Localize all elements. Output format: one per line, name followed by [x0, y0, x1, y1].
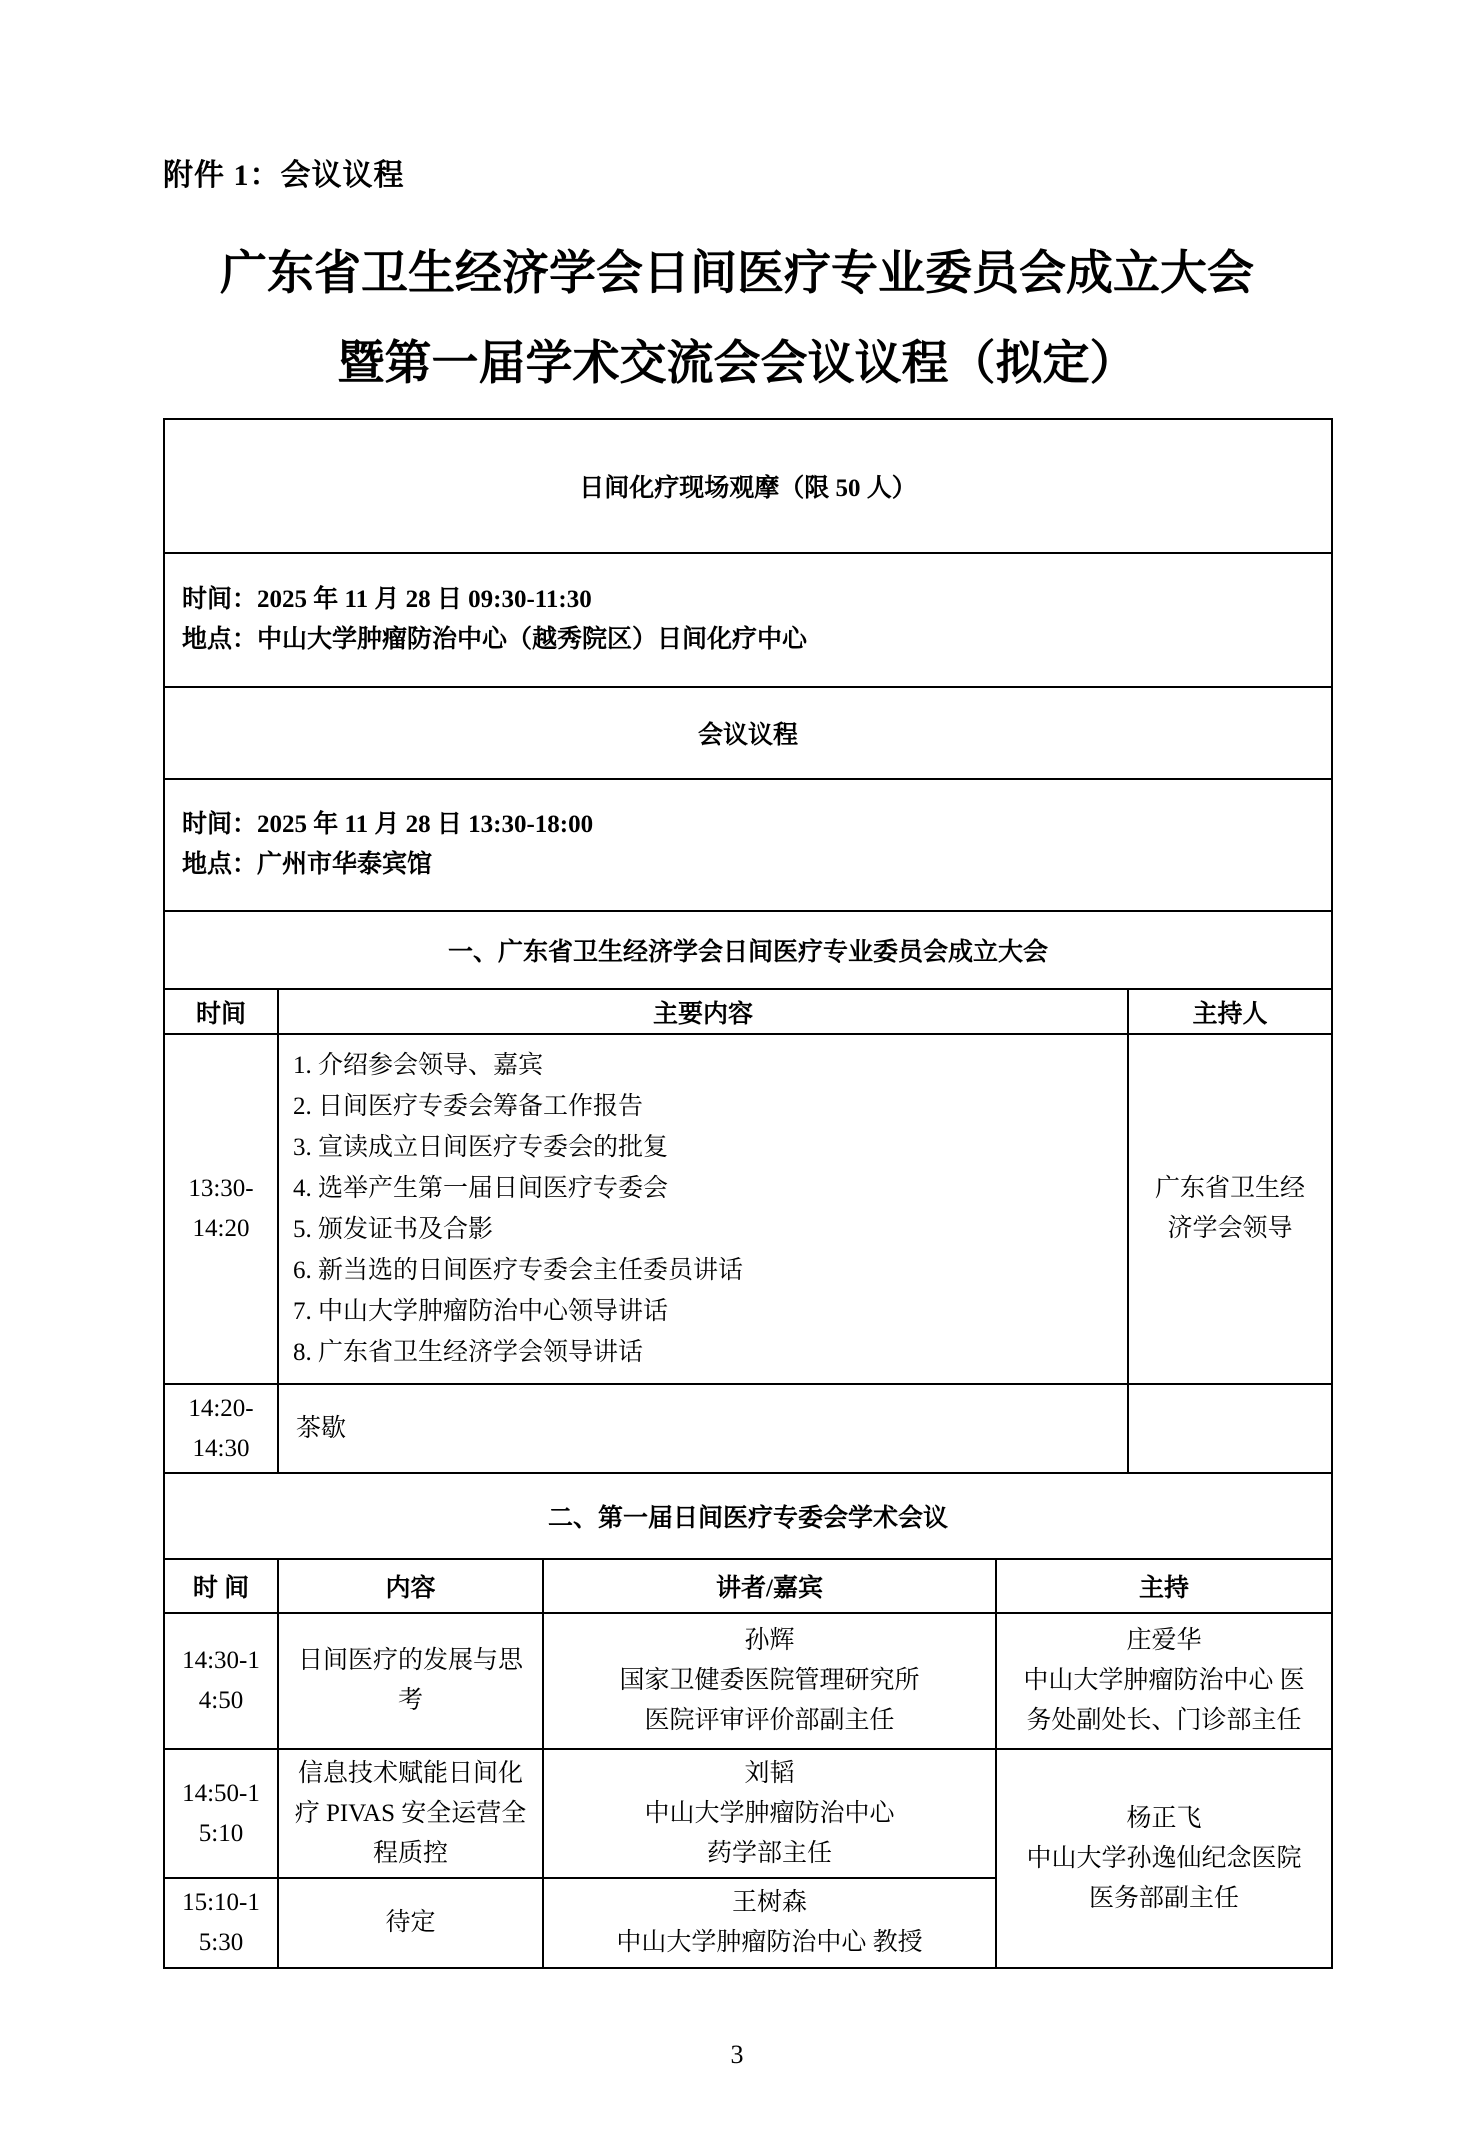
meeting-info-cell: 时间：2025 年 11 月 28 日 13:30-18:00 地点：广州市华泰…	[165, 780, 1331, 910]
founding-row: 13:30- 14:20 1. 介绍参会领导、嘉宾 2. 日间医疗专委会筹备工作…	[165, 1035, 1331, 1385]
attachment-label: 附件 1：会议议程	[163, 150, 405, 194]
talk1-speaker: 孙辉 国家卫健委医院管理研究所 医院评审评价部副主任	[619, 1621, 919, 1741]
section1-header-host: 主持人	[1129, 990, 1331, 1033]
section1-header-row: 时间 主要内容 主持人	[165, 990, 1331, 1035]
tea-break-host-cell	[1129, 1385, 1331, 1472]
observation-title-row: 日间化疗现场观摩（限 50 人）	[165, 420, 1331, 554]
talk2-time-cell: 14:50-1 5:10	[165, 1750, 279, 1877]
tea-break-label: 茶歇	[279, 1409, 346, 1449]
talk2-talk3-left: 14:50-1 5:10 信息技术赋能日间化 疗 PIVAS 安全运营全 程质控…	[165, 1750, 997, 1967]
talk3-time: 15:10-1 5:30	[182, 1883, 260, 1963]
talk2-speaker-cell: 刘韬 中山大学肿瘤防治中心 药学部主任	[544, 1750, 997, 1877]
talk2-topic-cell: 信息技术赋能日间化 疗 PIVAS 安全运营全 程质控	[279, 1750, 544, 1877]
founding-time-cell: 13:30- 14:20	[165, 1035, 279, 1383]
talk1-time: 14:30-1 4:50	[182, 1641, 260, 1721]
meeting-info-row: 时间：2025 年 11 月 28 日 13:30-18:00 地点：广州市华泰…	[165, 780, 1331, 912]
tea-break-time: 14:20- 14:30	[188, 1389, 253, 1469]
talk3-topic: 待定	[385, 1903, 435, 1943]
section2-header-host: 主持	[997, 1560, 1331, 1612]
talk2-topic: 信息技术赋能日间化 疗 PIVAS 安全运营全 程质控	[295, 1754, 527, 1874]
section1-heading: 一、广东省卫生经济学会日间医疗专业委员会成立大会	[165, 912, 1331, 988]
section2-heading-row: 二、第一届日间医疗专委会学术会议	[165, 1474, 1331, 1560]
talk3-row: 15:10-1 5:30 待定 王树森 中山大学肿瘤防治中心 教授	[165, 1879, 997, 1967]
talk3-time-cell: 15:10-1 5:30	[165, 1879, 279, 1967]
talk1-host-cell: 庄爱华 中山大学肿瘤防治中心 医 务处副处长、门诊部主任	[997, 1614, 1331, 1748]
talk1-speaker-cell: 孙辉 国家卫健委医院管理研究所 医院评审评价部副主任	[544, 1614, 997, 1748]
talk1-time-cell: 14:30-1 4:50	[165, 1614, 279, 1748]
document-title-line1: 广东省卫生经济学会日间医疗专业委员会成立大会	[0, 236, 1474, 303]
observation-info: 时间：2025 年 11 月 28 日 09:30-11:30 地点：中山大学肿…	[182, 580, 807, 660]
talk3-speaker: 王树森 中山大学肿瘤防治中心 教授	[616, 1883, 922, 1963]
meeting-info: 时间：2025 年 11 月 28 日 13:30-18:00 地点：广州市华泰…	[182, 805, 593, 885]
section2-heading: 二、第一届日间医疗专委会学术会议	[165, 1474, 1331, 1558]
section2-header-speaker: 讲者/嘉宾	[544, 1560, 997, 1612]
meeting-title: 会议议程	[165, 688, 1331, 778]
observation-info-row: 时间：2025 年 11 月 28 日 09:30-11:30 地点：中山大学肿…	[165, 554, 1331, 688]
agenda-table: 日间化疗现场观摩（限 50 人） 时间：2025 年 11 月 28 日 09:…	[163, 418, 1333, 1969]
talk2-talk3-rows: 14:50-1 5:10 信息技术赋能日间化 疗 PIVAS 安全运营全 程质控…	[165, 1750, 1331, 1967]
founding-content-cell: 1. 介绍参会领导、嘉宾 2. 日间医疗专委会筹备工作报告 3. 宣读成立日间医…	[279, 1035, 1129, 1383]
section1-header-time: 时间	[165, 990, 279, 1033]
tea-break-content-cell: 茶歇	[279, 1385, 1129, 1472]
talk2-time: 14:50-1 5:10	[182, 1774, 260, 1854]
founding-items: 1. 介绍参会领导、嘉宾 2. 日间医疗专委会筹备工作报告 3. 宣读成立日间医…	[279, 1045, 743, 1373]
observation-title: 日间化疗现场观摩（限 50 人）	[165, 420, 1331, 552]
document-title-line2: 暨第一届学术交流会会议议程（拟定）	[0, 326, 1474, 393]
talk2-talk3-host: 杨正飞 中山大学孙逸仙纪念医院 医务部副主任	[1026, 1799, 1301, 1919]
talk1-host: 庄爱华 中山大学肿瘤防治中心 医 务处副处长、门诊部主任	[1023, 1621, 1304, 1741]
meeting-title-row: 会议议程	[165, 688, 1331, 780]
tea-break-time-cell: 14:20- 14:30	[165, 1385, 279, 1472]
founding-host: 广东省卫生经 济学会领导	[1155, 1169, 1305, 1249]
talk2-talk3-host-cell: 杨正飞 中山大学孙逸仙纪念医院 医务部副主任	[997, 1750, 1331, 1967]
section2-header-time: 时 间	[165, 1560, 279, 1612]
talk3-topic-cell: 待定	[279, 1879, 544, 1967]
talk2-speaker: 刘韬 中山大学肿瘤防治中心 药学部主任	[644, 1754, 894, 1874]
observation-info-cell: 时间：2025 年 11 月 28 日 09:30-11:30 地点：中山大学肿…	[165, 554, 1331, 686]
founding-time: 13:30- 14:20	[188, 1169, 253, 1249]
talk1-row: 14:30-1 4:50 日间医疗的发展与思 考 孙辉 国家卫健委医院管理研究所…	[165, 1614, 1331, 1750]
talk1-topic: 日间医疗的发展与思 考	[298, 1641, 523, 1721]
talk1-topic-cell: 日间医疗的发展与思 考	[279, 1614, 544, 1748]
talk3-speaker-cell: 王树森 中山大学肿瘤防治中心 教授	[544, 1879, 997, 1967]
document-page: 附件 1：会议议程 广东省卫生经济学会日间医疗专业委员会成立大会 暨第一届学术交…	[0, 0, 1474, 2135]
page-number: 3	[0, 2040, 1474, 2070]
section1-header-content: 主要内容	[279, 990, 1129, 1033]
talk2-row: 14:50-1 5:10 信息技术赋能日间化 疗 PIVAS 安全运营全 程质控…	[165, 1750, 997, 1879]
section2-header-row: 时 间 内容 讲者/嘉宾 主持	[165, 1560, 1331, 1614]
section1-heading-row: 一、广东省卫生经济学会日间医疗专业委员会成立大会	[165, 912, 1331, 990]
section2-header-content: 内容	[279, 1560, 544, 1612]
founding-host-cell: 广东省卫生经 济学会领导	[1129, 1035, 1331, 1383]
tea-break-row: 14:20- 14:30 茶歇	[165, 1385, 1331, 1474]
